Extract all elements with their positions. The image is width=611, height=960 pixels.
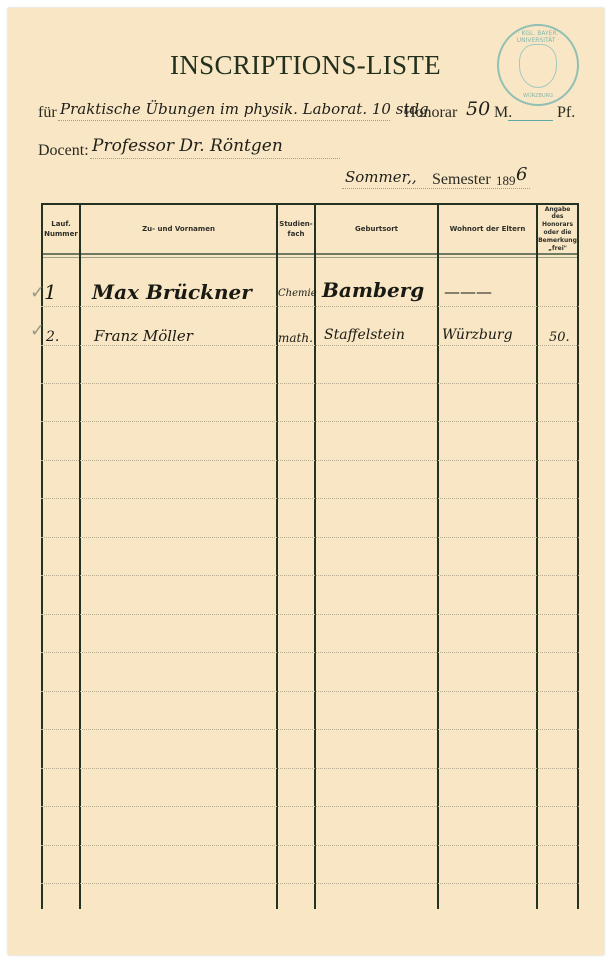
fuer-label: für — [38, 104, 57, 122]
honorar-label: Honorar — [404, 104, 457, 122]
row-rule — [41, 806, 579, 807]
pf-line — [508, 120, 553, 121]
row-rule — [41, 883, 579, 884]
header-geburtsort: Geburtsort — [316, 205, 437, 253]
row-1-name: Max Brückner — [92, 280, 252, 304]
header-studienfach: Studien- fach — [278, 205, 314, 253]
column-divider — [79, 203, 81, 909]
row-1-wohnort: ——— — [444, 282, 492, 301]
pf-label: Pf. — [557, 104, 575, 122]
course-value: Praktische Übungen im physik. Laborat. 1… — [60, 100, 429, 118]
row-rule — [41, 768, 579, 769]
row-2-wohnort: Würzburg — [442, 327, 513, 343]
column-divider — [41, 203, 43, 909]
header-honorar: Angabe des Honorars oder die Bemerkung „… — [538, 205, 577, 253]
inscriptions-table: Lauf. Nummer Zu- und Vornamen Studien- f… — [41, 203, 578, 909]
row-rule — [41, 498, 579, 499]
header-wohnort: Wohnort der Eltern — [439, 205, 536, 253]
row-1-geburtsort: Bamberg — [322, 278, 424, 302]
row-rule — [41, 421, 579, 422]
docent-label: Docent: — [38, 142, 89, 160]
row-rule — [41, 460, 579, 461]
header-double-border — [41, 257, 579, 258]
row-rule — [41, 729, 579, 730]
header-bottom-border — [41, 253, 579, 255]
row-rule — [41, 575, 579, 576]
column-divider — [314, 203, 316, 909]
semester-line — [342, 188, 530, 189]
column-divider — [276, 203, 278, 909]
semester-year-suffix: 6 — [516, 164, 527, 185]
semester-label: Semester — [432, 171, 491, 189]
row-2-nummer: 2. — [46, 329, 59, 345]
row-2-check-mark: ✓ — [30, 320, 45, 341]
row-2-honorar: 50. — [549, 330, 570, 345]
docent-value: Professor Dr. Röntgen — [92, 136, 283, 156]
column-divider — [437, 203, 439, 909]
row-1-fach: Chemie — [278, 288, 317, 299]
stamp-text-top: · KGL. BAYER. UNIVERSITÄT · — [499, 30, 577, 44]
row-1-nummer: 1 — [44, 280, 57, 304]
row-rule — [41, 691, 579, 692]
row-2-name: Franz Möller — [94, 327, 193, 345]
row-rule — [41, 306, 579, 307]
row-rule — [41, 345, 579, 346]
semester-season: Sommer,, — [345, 168, 417, 186]
header-lauf-nummer: Lauf. Nummer — [43, 205, 79, 253]
header-name: Zu- und Vornamen — [81, 205, 276, 253]
column-divider — [536, 203, 538, 909]
docent-line — [90, 158, 340, 159]
row-2-fach: math. — [278, 331, 313, 345]
row-rule — [41, 652, 579, 653]
row-rule — [41, 614, 579, 615]
semester-year-prefix: 189 — [496, 173, 516, 189]
course-line — [58, 120, 390, 121]
row-rule — [41, 383, 579, 384]
column-divider — [577, 203, 579, 909]
row-1-check-mark: ✓ — [30, 282, 45, 303]
row-rule — [41, 537, 579, 538]
page-title: INSCRIPTIONS-LISTE — [0, 50, 611, 81]
row-rule — [41, 845, 579, 846]
honorar-value: 50 — [466, 98, 490, 120]
row-2-geburtsort: Staffelstein — [324, 327, 405, 343]
stamp-text-bottom: WÜRZBURG — [499, 93, 577, 99]
